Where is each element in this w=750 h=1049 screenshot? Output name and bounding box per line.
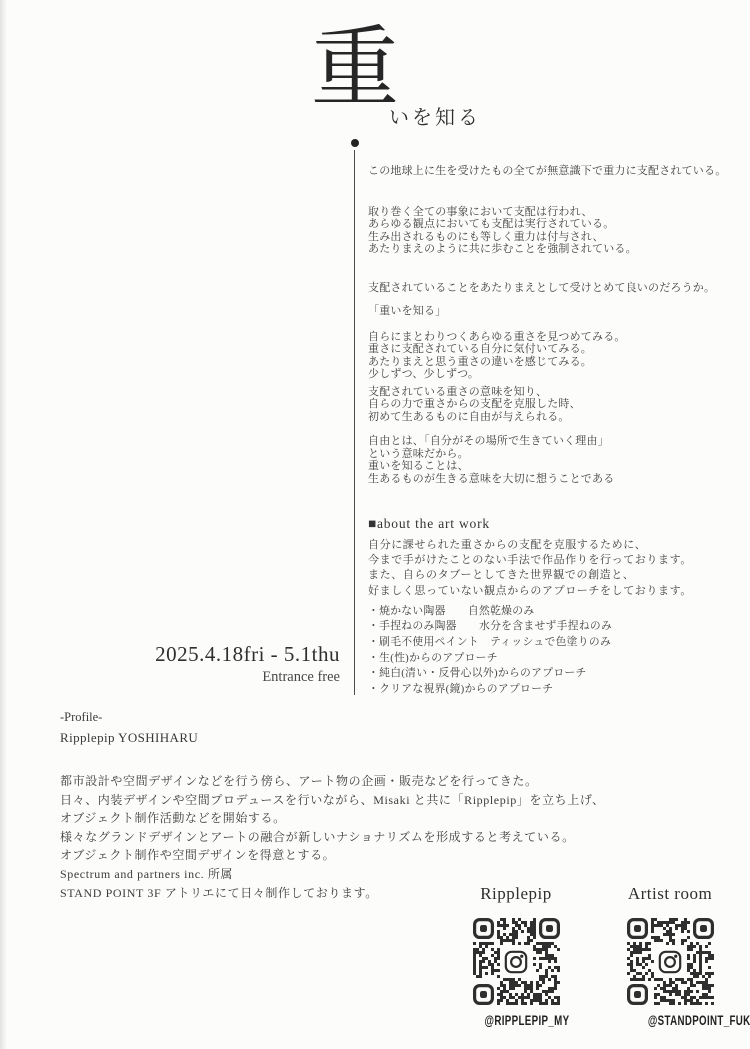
title-reading: いを知る: [389, 101, 481, 130]
statement-paragraph: 自由とは、「自分がその場所で生きていく理由」という意味だから。重いを知ることは、…: [368, 435, 740, 485]
qr-code-artist-room: [627, 918, 714, 1005]
qr-code-ripplepip: [473, 918, 560, 1005]
profile-section: -Profile- Ripplepip YOSHIHARU 都市設計や空間デザイ…: [60, 710, 660, 902]
qr-label: Ripplepip: [468, 884, 564, 904]
lead-dot: [351, 139, 359, 147]
event-date: 2025.4.18fri - 5.1thu: [0, 642, 340, 666]
statement-paragraph: 支配されている重さの意味を知り、自らの力で重さからの支配を克服した時、初めて生あ…: [368, 386, 740, 424]
bullet-item: ・焼かない陶器 自然乾燥のみ: [368, 604, 740, 620]
profile-bio: 都市設計や空間デザインなどを行う傍ら、アート物の企画・販売などを行ってきた。日々…: [60, 772, 660, 902]
instagram-handle: @STANDPOINT_FUKUOKA: [622, 1012, 718, 1030]
instagram-icon: [500, 946, 532, 978]
artist-name: Ripplepip YOSHIHARU: [60, 730, 660, 746]
statement-question: 支配されていることをあたりまえとして受けとめて良いのだろうか。: [368, 282, 740, 295]
instagram-handle: @RIPPLEPIP_MY: [468, 1012, 564, 1030]
qr-label: Artist room: [622, 884, 718, 904]
bullet-item: ・刷毛不使用ペイント ティッシュで色塗りのみ: [368, 635, 740, 651]
title-kanji: 重: [311, 22, 399, 119]
about-bullet-list: ・焼かない陶器 自然乾燥のみ・手捏ねのみ陶器 水分を含ませず手捏ねのみ・刷毛不使…: [368, 604, 740, 698]
instagram-icon: [654, 946, 686, 978]
bullet-item: ・クリアな視界(鏡)からのアプローチ: [368, 682, 740, 698]
statement-title-quote: 「重いを知る」: [368, 305, 740, 318]
vertical-rule: [354, 150, 355, 695]
entrance-free-label: Entrance free: [0, 669, 340, 686]
bullet-item: ・手捏ねのみ陶器 水分を含ませず手捏ねのみ: [368, 619, 740, 635]
statement-intro: この地球上に生を受けたもの全てが無意識下で重力に支配されている。: [368, 165, 740, 178]
bullet-item: ・純白(清い・反骨心以外)からのアプローチ: [368, 666, 740, 682]
profile-heading: -Profile-: [60, 710, 660, 724]
statement-paragraph: 取り巻く全ての事象において支配は行われ、あらゆる観点においても支配は実行されてい…: [368, 206, 740, 256]
about-paragraph: 自分に課せられた重さからの支配を克服するために、今まで手がけたことのない手法で作…: [368, 538, 740, 599]
statement-column: この地球上に生を受けたもの全てが無意識下で重力に支配されている。 取り巻く全ての…: [368, 165, 740, 697]
bullet-item: ・生(性)からのアプローチ: [368, 651, 740, 667]
event-date-block: 2025.4.18fri - 5.1thu Entrance free: [0, 642, 340, 686]
scan-edge-shadow: [0, 0, 7, 1049]
qr-unit-artist-room: Artist room @STANDPOINT_FUKUOKA: [622, 884, 718, 1030]
statement-paragraph: 自らにまとわりつくあらゆる重さを見つめてみる。重さに支配されている自分に気付いて…: [368, 331, 740, 381]
about-heading: ■about the art work: [368, 516, 740, 531]
qr-unit-ripplepip: Ripplepip @RIPPLEPIP_MY: [468, 884, 564, 1030]
